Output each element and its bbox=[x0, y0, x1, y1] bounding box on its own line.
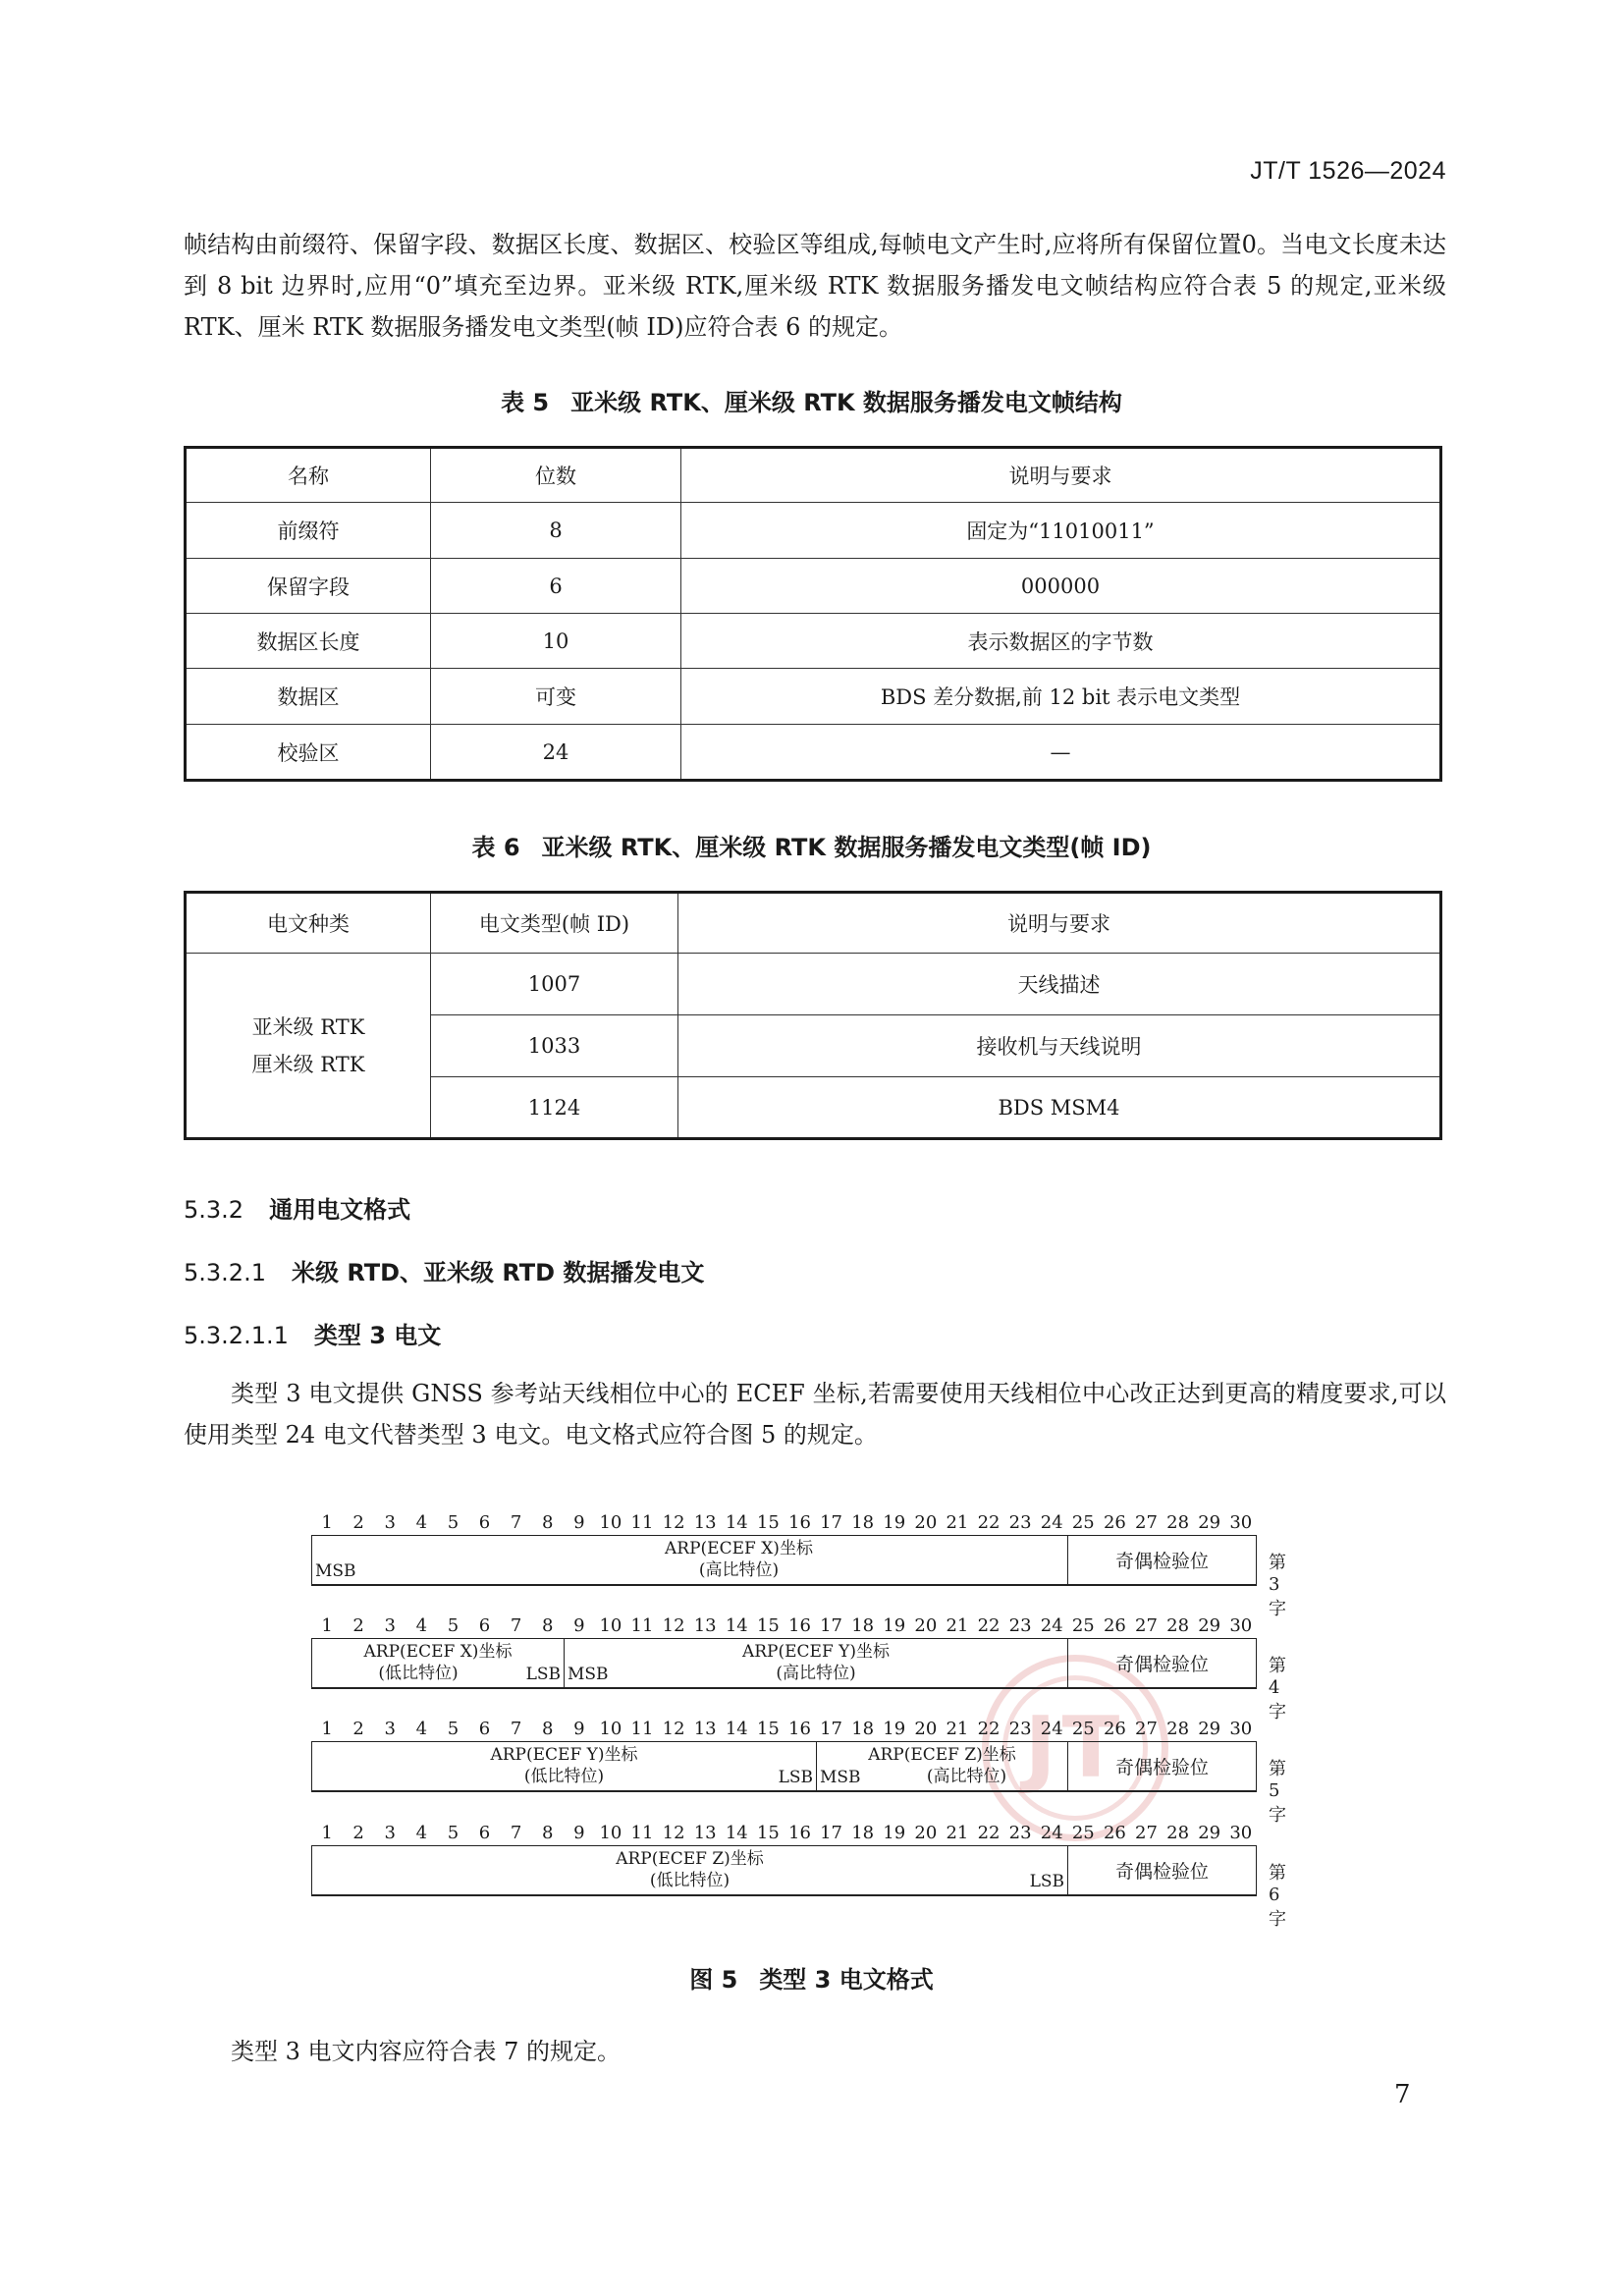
bit-number: 18 bbox=[847, 1513, 879, 1533]
parity-segment: 奇偶检验位 bbox=[1068, 1742, 1256, 1790]
bit-number: 1 bbox=[311, 1824, 343, 1843]
table-cell: 1124 bbox=[431, 1077, 678, 1139]
bit-number: 19 bbox=[879, 1616, 910, 1636]
bit-number: 27 bbox=[1130, 1513, 1162, 1533]
bit-number: 29 bbox=[1194, 1824, 1225, 1843]
bit-number: 10 bbox=[595, 1824, 626, 1843]
bit-number: 15 bbox=[752, 1616, 784, 1636]
field-name: ARP(ECEF X)坐标 bbox=[312, 1538, 1067, 1559]
bit-number: 10 bbox=[595, 1720, 626, 1739]
field-name: ARP(ECEF Z)坐标 bbox=[312, 1848, 1067, 1870]
bit-number: 4 bbox=[406, 1720, 437, 1739]
bit-number: 6 bbox=[468, 1824, 500, 1843]
table-cell: 接收机与天线说明 bbox=[678, 1015, 1441, 1077]
bit-number: 5 bbox=[437, 1720, 468, 1739]
bit-number: 12 bbox=[658, 1720, 689, 1739]
parity-label: 奇偶检验位 bbox=[1068, 1639, 1256, 1687]
parity-segment: 奇偶检验位 bbox=[1068, 1536, 1256, 1584]
bit-number: 10 bbox=[595, 1616, 626, 1636]
bit-number: 18 bbox=[847, 1720, 879, 1739]
bit-number: 7 bbox=[501, 1616, 532, 1636]
msb-marker: MSB bbox=[315, 1560, 356, 1582]
bit-number: 4 bbox=[406, 1616, 437, 1636]
bit-number: 8 bbox=[532, 1824, 564, 1843]
bit-number: 20 bbox=[910, 1720, 942, 1739]
table6-caption-number: 表 6 bbox=[471, 834, 519, 861]
parity-label: 奇偶检验位 bbox=[1068, 1536, 1256, 1584]
bit-number: 3 bbox=[374, 1616, 406, 1636]
bit-number: 27 bbox=[1130, 1824, 1162, 1843]
bit-number: 27 bbox=[1130, 1720, 1162, 1739]
header-cell: 说明与要求 bbox=[681, 448, 1441, 503]
table-cell: 固定为“11010011” bbox=[681, 503, 1441, 559]
table-cell: BDS MSM4 bbox=[678, 1077, 1441, 1139]
bit-number: 22 bbox=[973, 1513, 1004, 1533]
table5-caption-number: 表 5 bbox=[501, 389, 549, 416]
bit-number: 13 bbox=[689, 1720, 721, 1739]
bit-number: 3 bbox=[374, 1720, 406, 1739]
word-box: ARP(ECEF X)坐标 (低比特位) LSB ARP(ECEF Y)坐标 (… bbox=[311, 1638, 1257, 1689]
bit-number: 28 bbox=[1163, 1824, 1194, 1843]
bit-number: 2 bbox=[343, 1824, 374, 1843]
word-box: ARP(ECEF Z)坐标 (低比特位) LSB 奇偶检验位 bbox=[311, 1845, 1257, 1896]
bit-number: 11 bbox=[626, 1720, 658, 1739]
section-title: 类型 3 电文 bbox=[314, 1322, 441, 1349]
bit-number: 5 bbox=[437, 1616, 468, 1636]
msb-marker: MSB bbox=[820, 1767, 861, 1788]
bit-number: 21 bbox=[942, 1720, 973, 1739]
parity-label: 奇偶检验位 bbox=[1068, 1846, 1256, 1894]
header-cell: 名称 bbox=[186, 448, 431, 503]
bit-number: 17 bbox=[816, 1720, 847, 1739]
intro-paragraph: 帧结构由前缀符、保留字段、数据区长度、数据区、校验区等组成,每帧电文产生时,应将… bbox=[184, 224, 1446, 348]
table-cell: 天线描述 bbox=[678, 954, 1441, 1015]
closing-paragraph: 类型 3 电文内容应符合表 7 的规定。 bbox=[184, 2031, 1446, 2072]
bit-number: 5 bbox=[437, 1824, 468, 1843]
table-header-row: 名称 位数 说明与要求 bbox=[186, 448, 1441, 503]
bit-number: 20 bbox=[910, 1616, 942, 1636]
bit-number: 28 bbox=[1163, 1720, 1194, 1739]
section-heading-5-3-2: 5.3.2通用电文格式 bbox=[184, 1190, 410, 1225]
table-cell: 8 bbox=[431, 503, 681, 559]
bit-number: 17 bbox=[816, 1616, 847, 1636]
table5-caption-title: 亚米级 RTK、厘米级 RTK 数据服务播发电文帧结构 bbox=[570, 389, 1122, 416]
bit-number: 9 bbox=[564, 1513, 595, 1533]
bit-number: 14 bbox=[721, 1616, 752, 1636]
bit-number: 9 bbox=[564, 1616, 595, 1636]
header-cell: 电文种类 bbox=[186, 893, 431, 954]
table-cell: 1007 bbox=[431, 954, 678, 1015]
table6-caption: 表 6亚米级 RTK、厘米级 RTK 数据服务播发电文类型(帧 ID) bbox=[0, 828, 1623, 862]
table5-caption: 表 5亚米级 RTK、厘米级 RTK 数据服务播发电文帧结构 bbox=[0, 383, 1623, 417]
header-cell: 电文类型(帧 ID) bbox=[431, 893, 678, 954]
table-cell: 24 bbox=[431, 725, 681, 781]
bit-number: 22 bbox=[973, 1824, 1004, 1843]
header-cell: 说明与要求 bbox=[678, 893, 1441, 954]
category-line: 厘米级 RTK bbox=[187, 1046, 430, 1083]
bit-number: 1 bbox=[311, 1513, 343, 1533]
word-box: ARP(ECEF Y)坐标 (低比特位) LSB ARP(ECEF Z)坐标 (… bbox=[311, 1741, 1257, 1792]
field-segment: ARP(ECEF Y)坐标 (高比特位) MSB bbox=[565, 1639, 1068, 1687]
bit-number: 17 bbox=[816, 1824, 847, 1843]
bit-number: 20 bbox=[910, 1824, 942, 1843]
field-segment: ARP(ECEF Z)坐标 (低比特位) LSB bbox=[312, 1846, 1068, 1894]
word-label: 第5字 bbox=[1269, 1755, 1293, 1827]
bit-number: 21 bbox=[942, 1513, 973, 1533]
field-segment: ARP(ECEF X)坐标 (高比特位) MSB bbox=[312, 1536, 1068, 1584]
parity-segment: 奇偶检验位 bbox=[1068, 1639, 1256, 1687]
section-heading-5-3-2-1: 5.3.2.1米级 RTD、亚米级 RTD 数据播发电文 bbox=[184, 1253, 704, 1287]
bit-number: 26 bbox=[1099, 1824, 1130, 1843]
bit-number: 16 bbox=[784, 1513, 815, 1533]
bit-number: 7 bbox=[501, 1720, 532, 1739]
table-cell: 6 bbox=[431, 559, 681, 614]
lsb-marker: LSB bbox=[526, 1664, 561, 1685]
bit-number: 3 bbox=[374, 1513, 406, 1533]
bit-number: 16 bbox=[784, 1824, 815, 1843]
bit-number: 24 bbox=[1036, 1720, 1067, 1739]
bit-number: 24 bbox=[1036, 1824, 1067, 1843]
table-cell: 10 bbox=[431, 614, 681, 669]
field-name: ARP(ECEF Y)坐标 bbox=[565, 1641, 1067, 1663]
bit-number: 10 bbox=[595, 1513, 626, 1533]
figure5-caption: 图 5类型 3 电文格式 bbox=[0, 1960, 1623, 1995]
table-row: 前缀符 8 固定为“11010011” bbox=[186, 503, 1441, 559]
bit-number: 12 bbox=[658, 1616, 689, 1636]
bit-number: 13 bbox=[689, 1616, 721, 1636]
bit-number: 5 bbox=[437, 1513, 468, 1533]
bit-number: 1 bbox=[311, 1720, 343, 1739]
bit-number: 15 bbox=[752, 1513, 784, 1533]
field-segment: ARP(ECEF X)坐标 (低比特位) LSB bbox=[312, 1639, 565, 1687]
bit-number-row: 1234567891011121314151617181920212223242… bbox=[311, 1513, 1257, 1533]
section-title: 米级 RTD、亚米级 RTD 数据播发电文 bbox=[292, 1259, 704, 1286]
bit-number: 26 bbox=[1099, 1513, 1130, 1533]
bit-number: 22 bbox=[973, 1720, 1004, 1739]
bit-number: 24 bbox=[1036, 1616, 1067, 1636]
bit-number: 1 bbox=[311, 1616, 343, 1636]
standard-number: JT/T 1526—2024 bbox=[0, 157, 1446, 186]
bit-number: 2 bbox=[343, 1513, 374, 1533]
table-cell: 1033 bbox=[431, 1015, 678, 1077]
bit-number: 30 bbox=[1225, 1513, 1257, 1533]
bit-number: 16 bbox=[784, 1720, 815, 1739]
bit-number: 21 bbox=[942, 1824, 973, 1843]
figure5-caption-number: 图 5 bbox=[689, 1966, 737, 1994]
table-cell: 可变 bbox=[431, 669, 681, 725]
table6-caption-title: 亚米级 RTK、厘米级 RTK 数据服务播发电文类型(帧 ID) bbox=[542, 834, 1152, 861]
field-name: ARP(ECEF Y)坐标 bbox=[312, 1744, 816, 1766]
table-cell: — bbox=[681, 725, 1441, 781]
table-cell: 数据区长度 bbox=[186, 614, 431, 669]
table-row: 数据区长度 10 表示数据区的字节数 bbox=[186, 614, 1441, 669]
table-cell: 校验区 bbox=[186, 725, 431, 781]
bit-number: 15 bbox=[752, 1720, 784, 1739]
word-label: 第6字 bbox=[1269, 1859, 1293, 1931]
field-bits: (高比特位) bbox=[312, 1559, 1067, 1581]
bit-number: 30 bbox=[1225, 1824, 1257, 1843]
category-cell: 亚米级 RTK 厘米级 RTK bbox=[186, 954, 431, 1139]
bit-number: 2 bbox=[343, 1720, 374, 1739]
table-cell: 数据区 bbox=[186, 669, 431, 725]
section-number: 5.3.2 bbox=[184, 1196, 243, 1224]
word-label: 第3字 bbox=[1269, 1549, 1293, 1620]
header-cell: 位数 bbox=[431, 448, 681, 503]
bit-number: 25 bbox=[1067, 1616, 1099, 1636]
bit-number: 18 bbox=[847, 1824, 879, 1843]
bit-number: 14 bbox=[721, 1513, 752, 1533]
bit-number: 16 bbox=[784, 1616, 815, 1636]
bit-number: 28 bbox=[1163, 1616, 1194, 1636]
bit-number: 14 bbox=[721, 1720, 752, 1739]
bit-number: 28 bbox=[1163, 1513, 1194, 1533]
bit-number: 7 bbox=[501, 1513, 532, 1533]
bit-number: 14 bbox=[721, 1824, 752, 1843]
field-segment: ARP(ECEF Z)坐标 (高比特位) MSB bbox=[817, 1742, 1068, 1790]
bit-number: 9 bbox=[564, 1720, 595, 1739]
figure5-caption-title: 类型 3 电文格式 bbox=[759, 1966, 933, 1994]
table5: 名称 位数 说明与要求 前缀符 8 固定为“11010011” 保留字段 6 0… bbox=[184, 446, 1442, 782]
bit-number: 26 bbox=[1099, 1616, 1130, 1636]
word-box: ARP(ECEF X)坐标 (高比特位) MSB 奇偶检验位 bbox=[311, 1535, 1257, 1586]
section-heading-5-3-2-1-1: 5.3.2.1.1类型 3 电文 bbox=[184, 1316, 441, 1350]
bit-number: 17 bbox=[816, 1513, 847, 1533]
category-line: 亚米级 RTK bbox=[187, 1009, 430, 1046]
table-cell: BDS 差分数据,前 12 bit 表示电文类型 bbox=[681, 669, 1441, 725]
bit-number: 30 bbox=[1225, 1720, 1257, 1739]
bit-number: 19 bbox=[879, 1824, 910, 1843]
table-cell: 保留字段 bbox=[186, 559, 431, 614]
bit-number: 27 bbox=[1130, 1616, 1162, 1636]
bit-number: 8 bbox=[532, 1616, 564, 1636]
bit-number: 21 bbox=[942, 1616, 973, 1636]
bit-number: 6 bbox=[468, 1616, 500, 1636]
bit-number: 2 bbox=[343, 1616, 374, 1636]
field-name: ARP(ECEF X)坐标 bbox=[312, 1641, 564, 1663]
bit-number: 24 bbox=[1036, 1513, 1067, 1533]
bit-number: 23 bbox=[1004, 1616, 1036, 1636]
section-number: 5.3.2.1 bbox=[184, 1259, 266, 1286]
table-cell: 000000 bbox=[681, 559, 1441, 614]
table-cell: 表示数据区的字节数 bbox=[681, 614, 1441, 669]
table-header-row: 电文种类 电文类型(帧 ID) 说明与要求 bbox=[186, 893, 1441, 954]
word-label: 第4字 bbox=[1269, 1652, 1293, 1723]
bit-number: 19 bbox=[879, 1513, 910, 1533]
bit-number: 13 bbox=[689, 1513, 721, 1533]
page-number: 7 bbox=[1394, 2080, 1411, 2109]
bit-number: 12 bbox=[658, 1824, 689, 1843]
bit-number: 30 bbox=[1225, 1616, 1257, 1636]
bit-number: 6 bbox=[468, 1513, 500, 1533]
bit-number: 29 bbox=[1194, 1513, 1225, 1533]
parity-label: 奇偶检验位 bbox=[1068, 1742, 1256, 1790]
bit-number: 26 bbox=[1099, 1720, 1130, 1739]
bit-number: 25 bbox=[1067, 1824, 1099, 1843]
bit-number: 25 bbox=[1067, 1513, 1099, 1533]
bit-number: 23 bbox=[1004, 1824, 1036, 1843]
table-row: 数据区 可变 BDS 差分数据,前 12 bit 表示电文类型 bbox=[186, 669, 1441, 725]
bit-number: 3 bbox=[374, 1824, 406, 1843]
bit-number: 8 bbox=[532, 1513, 564, 1533]
field-bits: (低比特位) bbox=[312, 1870, 1067, 1891]
field-bits: (低比特位) bbox=[312, 1766, 816, 1787]
bit-number: 23 bbox=[1004, 1720, 1036, 1739]
bit-number: 6 bbox=[468, 1720, 500, 1739]
lsb-marker: LSB bbox=[779, 1767, 813, 1788]
table-cell: 前缀符 bbox=[186, 503, 431, 559]
msb-marker: MSB bbox=[568, 1664, 609, 1685]
section-number: 5.3.2.1.1 bbox=[184, 1322, 289, 1349]
bit-number: 13 bbox=[689, 1824, 721, 1843]
bit-number: 23 bbox=[1004, 1513, 1036, 1533]
table-row: 校验区 24 — bbox=[186, 725, 1441, 781]
bit-number: 29 bbox=[1194, 1720, 1225, 1739]
bit-number: 19 bbox=[879, 1720, 910, 1739]
bit-number-row: 1234567891011121314151617181920212223242… bbox=[311, 1616, 1257, 1636]
table-row: 亚米级 RTK 厘米级 RTK 1007 天线描述 bbox=[186, 954, 1441, 1015]
bit-number: 11 bbox=[626, 1616, 658, 1636]
field-segment: ARP(ECEF Y)坐标 (低比特位) LSB bbox=[312, 1742, 817, 1790]
bit-number: 18 bbox=[847, 1616, 879, 1636]
bit-number: 9 bbox=[564, 1824, 595, 1843]
bit-number: 20 bbox=[910, 1513, 942, 1533]
parity-segment: 奇偶检验位 bbox=[1068, 1846, 1256, 1894]
bit-number: 11 bbox=[626, 1513, 658, 1533]
bit-number: 11 bbox=[626, 1824, 658, 1843]
type3-paragraph: 类型 3 电文提供 GNSS 参考站天线相位中心的 ECEF 坐标,若需要使用天… bbox=[184, 1373, 1446, 1455]
bit-number: 4 bbox=[406, 1824, 437, 1843]
lsb-marker: LSB bbox=[1030, 1871, 1064, 1892]
bit-number: 25 bbox=[1067, 1720, 1099, 1739]
table6: 电文种类 电文类型(帧 ID) 说明与要求 亚米级 RTK 厘米级 RTK 10… bbox=[184, 891, 1442, 1140]
bit-number: 29 bbox=[1194, 1616, 1225, 1636]
section-title: 通用电文格式 bbox=[269, 1196, 410, 1224]
bit-number-row: 1234567891011121314151617181920212223242… bbox=[311, 1824, 1257, 1843]
bit-number: 4 bbox=[406, 1513, 437, 1533]
bit-number: 7 bbox=[501, 1824, 532, 1843]
field-bits: (高比特位) bbox=[565, 1663, 1067, 1684]
table-row: 保留字段 6 000000 bbox=[186, 559, 1441, 614]
bit-number: 15 bbox=[752, 1824, 784, 1843]
bit-number: 8 bbox=[532, 1720, 564, 1739]
bit-number: 22 bbox=[973, 1616, 1004, 1636]
field-name: ARP(ECEF Z)坐标 bbox=[817, 1744, 1067, 1766]
bit-number-row: 1234567891011121314151617181920212223242… bbox=[311, 1720, 1257, 1739]
bit-number: 12 bbox=[658, 1513, 689, 1533]
